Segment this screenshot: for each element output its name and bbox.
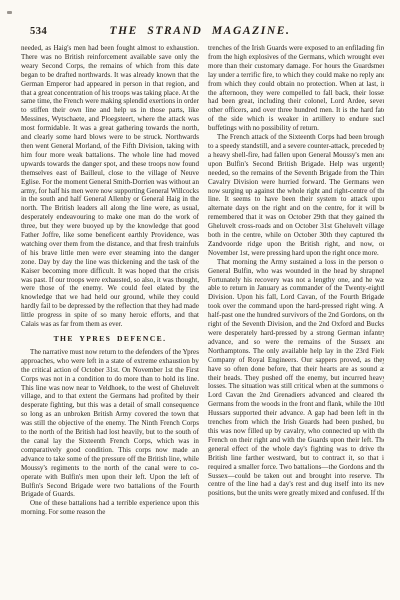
left-column: needed, as Haig's men had been fought al… (21, 44, 199, 584)
body-paragraph: One of these battalions had a terrible e… (21, 499, 199, 517)
body-paragraph: The narrative must now return to the def… (21, 348, 199, 499)
magazine-title: THE STRAND MAGAZINE. (0, 25, 400, 37)
running-head: 534 THE STRAND MAGAZINE. (0, 25, 400, 39)
body-paragraph: That morning the Army sustained a loss i… (208, 258, 384, 498)
section-heading: THE YPRES DEFENCE. (21, 335, 199, 344)
scan-artifact (7, 11, 12, 14)
body-paragraph: needed, as Haig's men had been fought al… (21, 44, 199, 329)
right-column: trenches of the Irish Guards were expose… (208, 44, 384, 584)
body-paragraph: The French attack of the Sixteenth Corps… (208, 133, 384, 258)
body-paragraph: trenches of the Irish Guards were expose… (208, 44, 384, 133)
article-body: needed, as Haig's men had been fought al… (21, 44, 384, 584)
magazine-page: 534 THE STRAND MAGAZINE. needed, as Haig… (0, 0, 400, 600)
